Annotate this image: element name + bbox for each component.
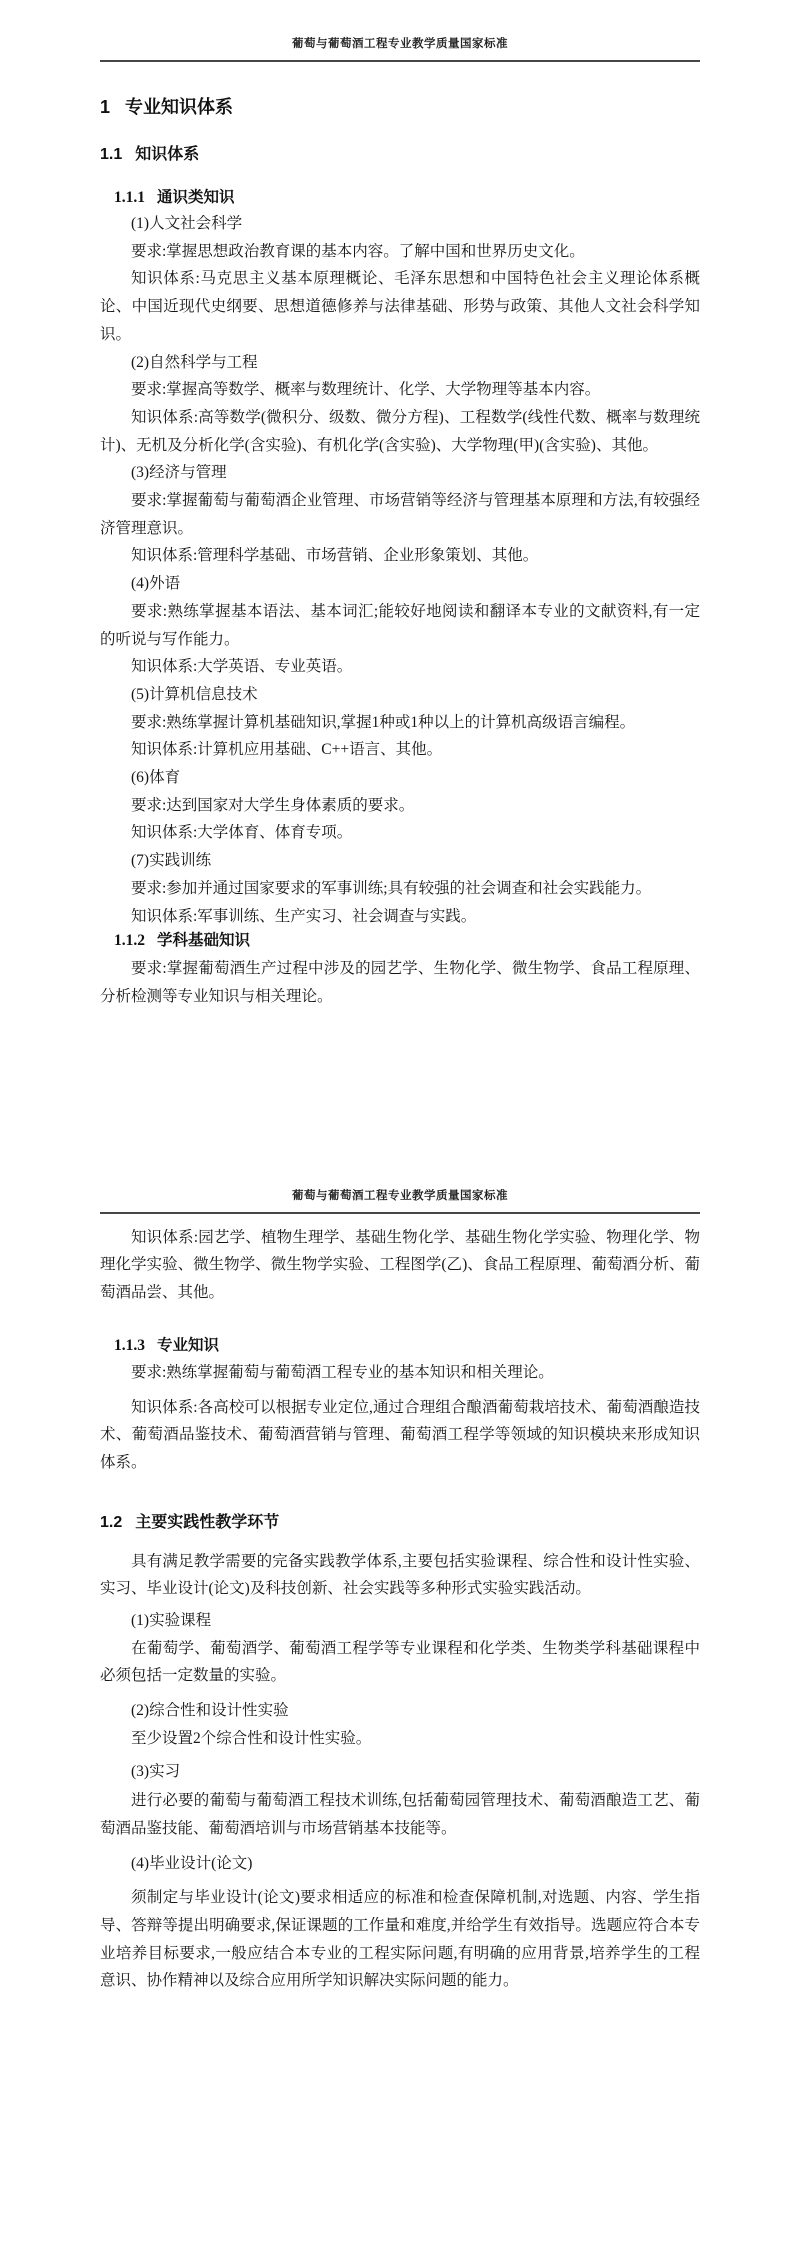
paragraph: 进行必要的葡萄与葡萄酒工程技术训练,包括葡萄园管理技术、葡萄酒酿造工艺、葡萄酒品… <box>100 1787 700 1842</box>
paragraph: 要求:熟练掌握计算机基础知识,掌握1种或1种以上的计算机高级语言编程。 <box>100 709 700 737</box>
paragraph: 要求:参加并通过国家要求的军事训练;具有较强的社会调查和社会实践能力。 <box>100 875 700 903</box>
paragraph: 至少设置2个综合性和设计性实验。 <box>100 1725 700 1753</box>
paragraph: (1)实验课程 <box>100 1607 700 1635</box>
page-gap <box>100 1011 700 1188</box>
heading-title: 通识类知识 <box>157 189 235 206</box>
heading-number: 1 <box>100 97 110 117</box>
paragraph: (3)实习 <box>100 1758 700 1786</box>
paragraph: (3)经济与管理 <box>100 459 700 487</box>
heading-1-2: 1.2主要实践性教学环节 <box>100 1511 700 1535</box>
paragraph: 知识体系:管理科学基础、市场营销、企业形象策划、其他。 <box>100 542 700 570</box>
paragraph: (2)综合性和设计性实验 <box>100 1697 700 1725</box>
paragraph: 具有满足教学需要的完备实践教学体系,主要包括实验课程、综合性和设计性实验、实习、… <box>100 1548 700 1603</box>
paragraph: 要求:掌握高等数学、概率与数理统计、化学、大学物理等基本内容。 <box>100 376 700 404</box>
running-header: 葡萄与葡萄酒工程专业教学质量国家标准 <box>100 1188 700 1204</box>
heading-number: 1.1.2 <box>114 932 145 949</box>
paragraph: 知识体系:各高校可以根据专业定位,通过合理组合酿酒葡萄栽培技术、葡萄酒酿造技术、… <box>100 1394 700 1477</box>
heading-number: 1.1.1 <box>114 189 145 206</box>
document-page: 葡萄与葡萄酒工程专业教学质量国家标准 1专业知识体系 1.1知识体系 1.1.1… <box>0 0 800 2263</box>
paragraph: 要求:掌握葡萄酒生产过程中涉及的园艺学、生物化学、微生物学、食品工程原理、分析检… <box>100 955 700 1010</box>
running-header: 葡萄与葡萄酒工程专业教学质量国家标准 <box>100 36 700 52</box>
heading-1: 1专业知识体系 <box>100 94 700 120</box>
paragraph: 知识体系:军事训练、生产实习、社会调查与实践。 <box>100 903 700 931</box>
heading-1-1-1: 1.1.1通识类知识 <box>114 185 700 210</box>
heading-1-1-2: 1.1.2学科基础知识 <box>114 928 700 953</box>
header-rule <box>100 1212 700 1214</box>
paragraph: 要求:掌握葡萄与葡萄酒企业管理、市场营销等经济与管理基本原理和方法,有较强经济管… <box>100 487 700 542</box>
document-content: 葡萄与葡萄酒工程专业教学质量国家标准 1专业知识体系 1.1知识体系 1.1.1… <box>0 36 800 1995</box>
heading-number: 1.2 <box>100 1514 122 1531</box>
paragraph: 知识体系:马克思主义基本原理概论、毛泽东思想和中国特色社会主义理论体系概论、中国… <box>100 265 700 348</box>
paragraph: (4)毕业设计(论文) <box>100 1850 700 1878</box>
heading-1-1-3: 1.1.3专业知识 <box>114 1333 700 1358</box>
paragraph: 在葡萄学、葡萄酒学、葡萄酒工程学等专业课程和化学类、生物类学科基础课程中必须包括… <box>100 1635 700 1690</box>
paragraph: 要求:熟练掌握基本语法、基本词汇;能较好地阅读和翻译本专业的文献资料,有一定的听… <box>100 598 700 653</box>
paragraph: (7)实践训练 <box>100 847 700 875</box>
heading-1-1: 1.1知识体系 <box>100 143 700 167</box>
paragraph: 须制定与毕业设计(论文)要求相适应的标准和检查保障机制,对选题、内容、学生指导、… <box>100 1884 700 1995</box>
paragraph: 知识体系:大学英语、专业英语。 <box>100 653 700 681</box>
heading-title: 专业知识体系 <box>125 97 233 117</box>
heading-title: 学科基础知识 <box>157 932 250 949</box>
heading-title: 知识体系 <box>135 146 199 163</box>
paragraph: 要求:掌握思想政治教育课的基本内容。了解中国和世界历史文化。 <box>100 238 700 266</box>
paragraph: (2)自然科学与工程 <box>100 349 700 377</box>
paragraph: 知识体系:计算机应用基础、C++语言、其他。 <box>100 736 700 764</box>
paragraph: 要求:熟练掌握葡萄与葡萄酒工程专业的基本知识和相关理论。 <box>100 1359 700 1387</box>
paragraph: (5)计算机信息技术 <box>100 681 700 709</box>
heading-title: 专业知识 <box>157 1337 219 1354</box>
paragraph: 知识体系:高等数学(微积分、级数、微分方程)、工程数学(线性代数、概率与数理统计… <box>100 404 700 459</box>
paragraph: 知识体系:大学体育、体育专项。 <box>100 819 700 847</box>
paragraph: 知识体系:园艺学、植物生理学、基础生物化学、基础生物化学实验、物理化学、物理化学… <box>100 1224 700 1307</box>
paragraph: 要求:达到国家对大学生身体素质的要求。 <box>100 792 700 820</box>
heading-number: 1.1 <box>100 146 122 163</box>
paragraph: (6)体育 <box>100 764 700 792</box>
paragraph: (4)外语 <box>100 570 700 598</box>
heading-title: 主要实践性教学环节 <box>135 1514 279 1531</box>
paragraph: (1)人文社会科学 <box>100 210 700 238</box>
heading-number: 1.1.3 <box>114 1337 145 1354</box>
header-rule <box>100 60 700 62</box>
